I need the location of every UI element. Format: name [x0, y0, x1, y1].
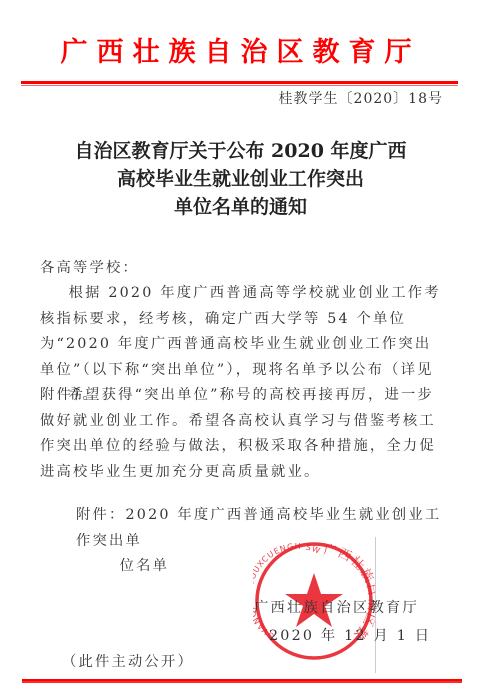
footer-divider-lower — [22, 681, 462, 683]
title-line-1: 自治区教育厅关于公布 2020 年度广西 — [0, 137, 481, 165]
title-line-2: 高校毕业生就业创业工作突出 — [0, 165, 481, 193]
disclosure-note: （此件主动公开） — [62, 652, 194, 672]
header-divider — [21, 81, 458, 84]
header-divider-thin — [21, 85, 458, 86]
issuing-org-header: 广西壮族自治区教育厅 — [0, 36, 481, 70]
paragraph-text: 希望获得“突出单位”称号的高校再接再厉，进一步做好就业创业工作。希望各高校认真学… — [40, 383, 445, 485]
document-number: 桂教学生〔2020〕18号 — [279, 89, 443, 109]
signature-date: 2020 年 12 月 1 日 — [269, 626, 431, 646]
body-paragraph-2: 希望获得“突出单位”称号的高校再接再厉，进一步做好就业创业工作。希望各高校认真学… — [40, 383, 445, 485]
title-line-3: 单位名单的通知 — [0, 193, 481, 221]
signature-organization: 广西壮族自治区教育厅 — [254, 598, 419, 618]
salutation: 各高等学校： — [40, 258, 139, 278]
document-title: 自治区教育厅关于公布 2020 年度广西 高校毕业生就业创业工作突出 单位名单的… — [0, 137, 481, 221]
